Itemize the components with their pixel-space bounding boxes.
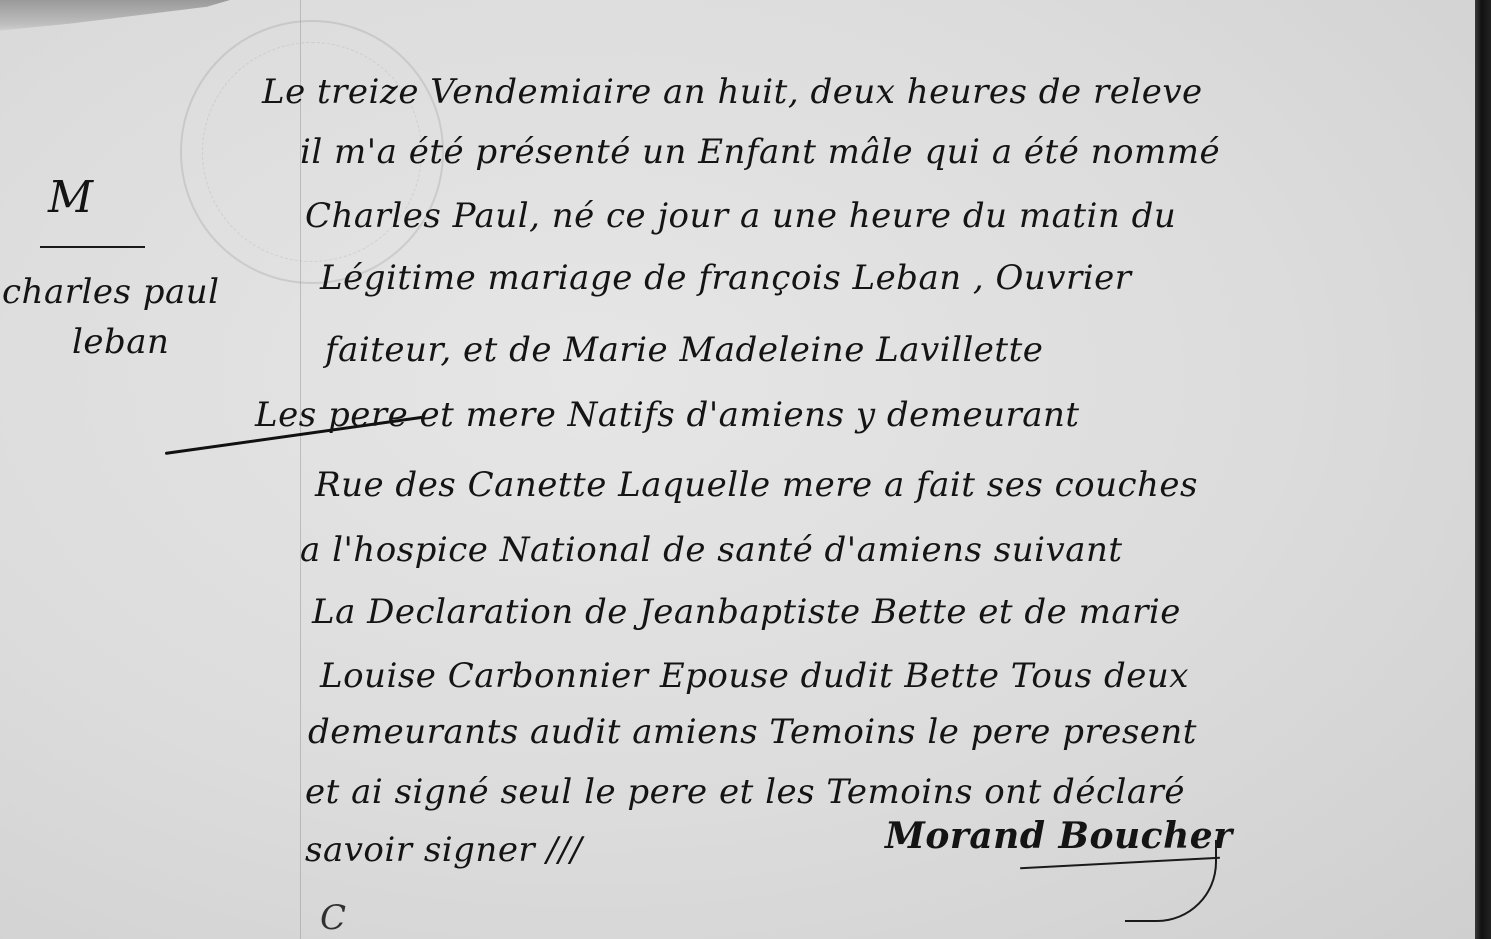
next-entry-fragment: C xyxy=(320,898,347,938)
signature-paraph-loop xyxy=(1125,840,1217,922)
record-line-9: La Declaration de Jeanbaptiste Bette et … xyxy=(312,592,1181,632)
record-line-10: Louise Carbonnier Epouse dudit Bette Tou… xyxy=(320,656,1189,696)
margin-name-line-1: charles paul xyxy=(2,272,220,312)
margin-mark: M xyxy=(48,172,94,223)
record-line-7: Rue des Canette Laquelle mere a fait ses… xyxy=(315,465,1198,505)
record-line-12: et ai signé seul le pere et les Temoins … xyxy=(305,772,1185,812)
record-line-2: il m'a été présenté un Enfant mâle qui a… xyxy=(300,132,1220,172)
record-line-3: Charles Paul, né ce jour a une heure du … xyxy=(305,196,1176,236)
record-line-11: demeurants audit amiens Temoins le pere … xyxy=(308,712,1197,752)
record-line-6: Les pere et mere Natifs d'amiens y demeu… xyxy=(255,395,1080,435)
margin-name-line-2: leban xyxy=(72,322,169,362)
margin-underline xyxy=(40,246,145,248)
record-line-5: faiteur, et de Marie Madeleine Lavillett… xyxy=(325,330,1043,370)
record-line-8: a l'hospice National de santé d'amiens s… xyxy=(300,530,1123,570)
record-line-13: savoir signer /// xyxy=(305,830,582,870)
scan-right-border xyxy=(1475,0,1491,939)
record-line-1: Le treize Vendemiaire an huit, deux heur… xyxy=(262,72,1203,112)
record-line-4: Légitime mariage de françois Leban , Ouv… xyxy=(320,258,1132,298)
document-page: M charles paul leban Le treize Vendemiai… xyxy=(0,0,1475,939)
torn-paper-edge xyxy=(0,0,230,34)
